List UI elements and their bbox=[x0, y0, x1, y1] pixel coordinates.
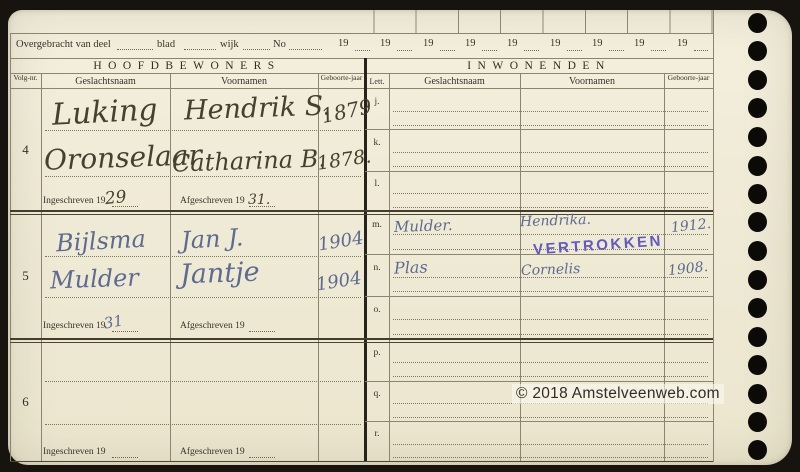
rule bbox=[365, 129, 713, 130]
section-rule bbox=[10, 214, 713, 215]
binder-hole bbox=[748, 41, 767, 61]
hw-n-firstnames: Cornelis bbox=[521, 262, 581, 278]
lett-label-q: q. bbox=[365, 389, 389, 399]
lett-label-r: r. bbox=[365, 429, 389, 439]
writing-dotline bbox=[393, 417, 708, 418]
dotted-leader bbox=[289, 49, 322, 50]
writing-dotline bbox=[393, 166, 708, 167]
dotted-leader bbox=[694, 50, 708, 51]
writing-dotline bbox=[393, 376, 708, 377]
rule bbox=[365, 296, 713, 297]
transfer-label-wijk: wijk bbox=[220, 39, 239, 50]
binder-hole bbox=[748, 70, 767, 90]
rule bbox=[318, 73, 319, 462]
dotted-leader bbox=[440, 50, 455, 51]
binder-hole bbox=[748, 412, 767, 432]
year-cell-3: 19 bbox=[465, 38, 476, 49]
copyright-watermark: © 2018 Amstelveenweb.com bbox=[512, 384, 724, 404]
section-rule bbox=[10, 461, 713, 462]
hw-s5-surname-1: Bijlsma bbox=[55, 227, 146, 256]
rule bbox=[10, 33, 11, 462]
binder-hole bbox=[748, 127, 767, 147]
year-cell-1: 19 bbox=[380, 38, 391, 49]
scan-background: { "colors": { "card_paper": "#f0ebd7", "… bbox=[0, 0, 800, 472]
writing-dotline bbox=[393, 125, 708, 126]
writing-dotline bbox=[45, 424, 361, 425]
afgeschreven-label-s4: Afgeschreven 19 bbox=[180, 196, 245, 206]
dotted-leader bbox=[249, 331, 275, 332]
dotted-leader bbox=[112, 457, 138, 458]
section-rule bbox=[10, 342, 713, 343]
rule bbox=[170, 73, 171, 462]
ingeschreven-label-s6: Ingeschreven 19 bbox=[43, 447, 106, 457]
ingeschreven-label-s4: Ingeschreven 19 bbox=[43, 196, 106, 206]
hw-s5-surname-2: Mulder bbox=[50, 265, 140, 292]
hw-m-firstnames: Hendrika. bbox=[520, 213, 591, 229]
hw-n-year: 1908. bbox=[667, 260, 708, 278]
section-rule bbox=[10, 210, 713, 212]
binder-hole bbox=[748, 440, 767, 460]
writing-dotline bbox=[393, 291, 708, 292]
hw-s5-firstnames-2: Jantje bbox=[180, 259, 260, 289]
writing-dotline bbox=[393, 362, 708, 363]
writing-dotline bbox=[393, 444, 708, 445]
lett-label-p: p. bbox=[365, 348, 389, 358]
afgeschreven-label-s6: Afgeschreven 19 bbox=[180, 447, 245, 457]
writing-dotline bbox=[393, 152, 708, 153]
writing-dotline bbox=[45, 297, 361, 298]
dotted-leader bbox=[117, 49, 153, 50]
binder-hole bbox=[748, 327, 767, 347]
year-cell-0: 19 bbox=[338, 38, 349, 49]
col-voornamen-left: Voornamen bbox=[170, 76, 318, 87]
writing-dotline bbox=[45, 381, 361, 382]
dotted-leader bbox=[609, 50, 624, 51]
transfer-label-deel: Overgebracht van deel bbox=[16, 39, 111, 50]
rule bbox=[365, 171, 713, 172]
hw-s5-ingeschreven-year: 31 bbox=[103, 313, 124, 331]
afgeschreven-label-s5: Afgeschreven 19 bbox=[180, 321, 245, 331]
col-volgnr: Volg-nr. bbox=[11, 74, 40, 83]
dotted-leader bbox=[567, 50, 582, 51]
writing-dotline bbox=[393, 111, 708, 112]
rule bbox=[10, 58, 713, 59]
year-cell-5: 19 bbox=[550, 38, 561, 49]
binder-hole bbox=[748, 270, 767, 290]
transfer-label-blad: blad bbox=[157, 39, 175, 50]
hw-s4-firstnames-2: Catharina B. bbox=[172, 146, 327, 175]
binder-hole bbox=[748, 355, 767, 375]
col-geboortejaar-left: Geboorte-jaar bbox=[319, 74, 364, 83]
binder-hole bbox=[748, 241, 767, 261]
binder-hole bbox=[748, 298, 767, 318]
binder-hole bbox=[748, 212, 767, 232]
dotted-leader bbox=[524, 50, 539, 51]
rule bbox=[10, 88, 713, 89]
year-cell-2: 19 bbox=[423, 38, 434, 49]
writing-dotline bbox=[393, 207, 708, 208]
writing-dotline bbox=[45, 256, 361, 257]
lett-label-o: o. bbox=[365, 305, 389, 315]
dotted-leader bbox=[243, 49, 270, 50]
col-geboortejaar-right: Geboorte-jaar bbox=[665, 74, 712, 83]
binder-hole bbox=[748, 13, 767, 33]
hoofdbewoners-title: HOOFDBEWONERS bbox=[10, 60, 364, 72]
writing-dotline bbox=[393, 334, 708, 335]
year-cell-4: 19 bbox=[507, 38, 518, 49]
col-lett: Lett. bbox=[365, 77, 389, 86]
writing-dotline bbox=[393, 193, 708, 194]
dotted-leader bbox=[184, 49, 216, 50]
ingeschreven-label-s5: Ingeschreven 19 bbox=[43, 321, 106, 331]
col-voornamen-right: Voornamen bbox=[520, 76, 664, 87]
section-rule bbox=[10, 338, 713, 340]
writing-dotline bbox=[393, 319, 708, 320]
rule bbox=[10, 33, 713, 34]
dotted-leader bbox=[249, 457, 275, 458]
dotted-leader bbox=[482, 50, 497, 51]
dotted-leader bbox=[397, 50, 412, 51]
year-cell-7: 19 bbox=[634, 38, 645, 49]
rule bbox=[389, 73, 390, 462]
binder-hole bbox=[748, 98, 767, 118]
binder-hole bbox=[748, 184, 767, 204]
col-geslachtsnaam-right: Geslachtsnaam bbox=[389, 76, 520, 87]
transfer-label-no: No bbox=[273, 39, 286, 50]
volgnr-6: 6 bbox=[12, 394, 39, 410]
hw-n-surname: Plas bbox=[394, 259, 428, 276]
lett-label-l: l. bbox=[365, 179, 389, 189]
hw-m-year: 1912. bbox=[670, 217, 711, 235]
hw-s4-firstnames-1: Hendrik S. bbox=[184, 92, 332, 124]
writing-dotline bbox=[393, 457, 708, 458]
hw-s5-firstnames-1: Jan J. bbox=[180, 225, 244, 252]
binder-hole bbox=[748, 384, 767, 404]
hw-s4-ingeschreven-year: 29 bbox=[104, 189, 127, 208]
binder-hole bbox=[748, 156, 767, 176]
dotted-leader bbox=[651, 50, 666, 51]
rule bbox=[365, 381, 713, 382]
year-cell-8: 19 bbox=[677, 38, 688, 49]
hw-s4-surname-1: Luking bbox=[51, 95, 158, 130]
inwonenden-title: INWONENDEN bbox=[365, 60, 713, 72]
year-cell-6: 19 bbox=[592, 38, 603, 49]
lett-label-m: m. bbox=[365, 220, 389, 230]
hw-s4-afgeschreven-year: 31. bbox=[248, 193, 270, 207]
dotted-leader bbox=[355, 50, 370, 51]
top-partial-row-grid bbox=[332, 10, 713, 33]
volgnr-4: 4 bbox=[12, 142, 39, 158]
col-geslachtsnaam-left: Geslachtsnaam bbox=[41, 76, 170, 87]
dotted-leader bbox=[112, 331, 138, 332]
lett-label-n: n. bbox=[365, 263, 389, 273]
rule bbox=[41, 73, 42, 462]
hw-m-surname: Mulder. bbox=[394, 218, 453, 235]
rule bbox=[365, 421, 713, 422]
volgnr-5: 5 bbox=[12, 268, 39, 284]
